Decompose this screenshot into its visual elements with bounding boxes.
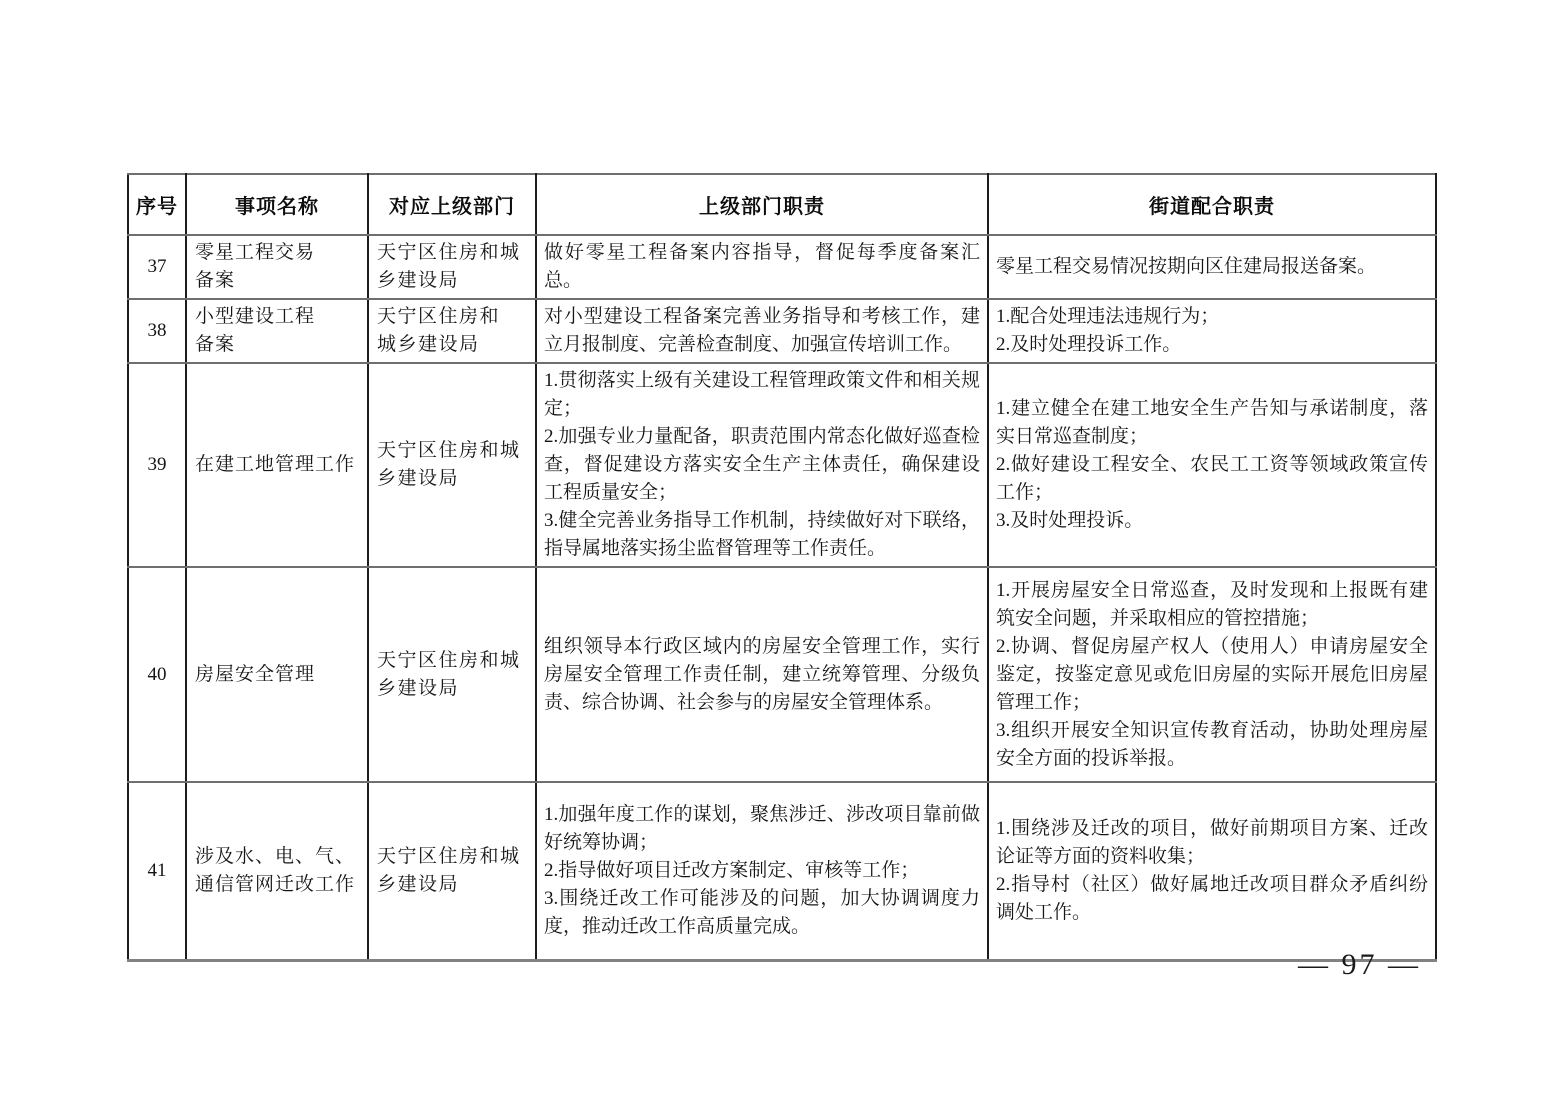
cell-item-name: 涉及水、电、气、 通信管网迁改工作 <box>186 782 368 960</box>
cell-superior-duty: 做好零星工程备案内容指导，督促每季度备案汇总。 <box>536 235 988 299</box>
table-row: 38 小型建设工程 备案 天宁区住房和 城乡建设局 对小型建设工程备案完善业务指… <box>128 299 1436 363</box>
cell-street-duty: 1.围绕涉及迁改的项目，做好前期项目方案、迁改论证等方面的资料收集； 2.指导村… <box>988 782 1436 960</box>
page-number: — 97 — <box>1298 948 1421 982</box>
cell-row-number: 40 <box>128 567 186 782</box>
cell-department: 天宁区住房和城 乡建设局 <box>368 567 536 782</box>
cell-street-duty: 1.建立健全在建工地安全生产告知与承诺制度，落实日常巡查制度； 2.做好建设工程… <box>988 363 1436 567</box>
cell-row-number: 37 <box>128 235 186 299</box>
cell-item-name: 零星工程交易 备案 <box>186 235 368 299</box>
cell-row-number: 41 <box>128 782 186 960</box>
col-header-item-name: 事项名称 <box>186 174 368 235</box>
cell-department: 天宁区住房和城 乡建设局 <box>368 782 536 960</box>
table-row: 37 零星工程交易 备案 天宁区住房和城 乡建设局 做好零星工程备案内容指导，督… <box>128 235 1436 299</box>
cell-department: 天宁区住房和城 乡建设局 <box>368 235 536 299</box>
cell-item-name: 在建工地管理工作 <box>186 363 368 567</box>
table-row: 39 在建工地管理工作 天宁区住房和城 乡建设局 1.贯彻落实上级有关建设工程管… <box>128 363 1436 567</box>
table-header-row: 序号 事项名称 对应上级部门 上级部门职责 街道配合职责 <box>128 174 1436 235</box>
responsibility-table: 序号 事项名称 对应上级部门 上级部门职责 街道配合职责 37 零星工程交易 备… <box>127 173 1437 962</box>
cell-department: 天宁区住房和城 乡建设局 <box>368 363 536 567</box>
cell-superior-duty: 1.加强年度工作的谋划，聚焦涉迁、涉改项目靠前做好统筹协调； 2.指导做好项目迁… <box>536 782 988 960</box>
table-row: 41 涉及水、电、气、 通信管网迁改工作 天宁区住房和城 乡建设局 1.加强年度… <box>128 782 1436 960</box>
cell-row-number: 39 <box>128 363 186 567</box>
cell-item-name: 房屋安全管理 <box>186 567 368 782</box>
cell-department: 天宁区住房和 城乡建设局 <box>368 299 536 363</box>
document-page: 序号 事项名称 对应上级部门 上级部门职责 街道配合职责 37 零星工程交易 备… <box>0 0 1559 1102</box>
col-header-street-duty: 街道配合职责 <box>988 174 1436 235</box>
col-header-department: 对应上级部门 <box>368 174 536 235</box>
col-header-number: 序号 <box>128 174 186 235</box>
cell-superior-duty: 组织领导本行政区域内的房屋安全管理工作，实行房屋安全管理工作责任制，建立统筹管理… <box>536 567 988 782</box>
cell-superior-duty: 对小型建设工程备案完善业务指导和考核工作，建立月报制度、完善检查制度、加强宣传培… <box>536 299 988 363</box>
cell-street-duty: 1.配合处理违法违规行为； 2.及时处理投诉工作。 <box>988 299 1436 363</box>
cell-superior-duty: 1.贯彻落实上级有关建设工程管理政策文件和相关规定； 2.加强专业力量配备，职责… <box>536 363 988 567</box>
cell-street-duty: 1.开展房屋安全日常巡查，及时发现和上报既有建筑安全问题，并采取相应的管控措施；… <box>988 567 1436 782</box>
cell-street-duty: 零星工程交易情况按期向区住建局报送备案。 <box>988 235 1436 299</box>
cell-item-name: 小型建设工程 备案 <box>186 299 368 363</box>
table-row: 40 房屋安全管理 天宁区住房和城 乡建设局 组织领导本行政区域内的房屋安全管理… <box>128 567 1436 782</box>
cell-row-number: 38 <box>128 299 186 363</box>
col-header-superior-duty: 上级部门职责 <box>536 174 988 235</box>
